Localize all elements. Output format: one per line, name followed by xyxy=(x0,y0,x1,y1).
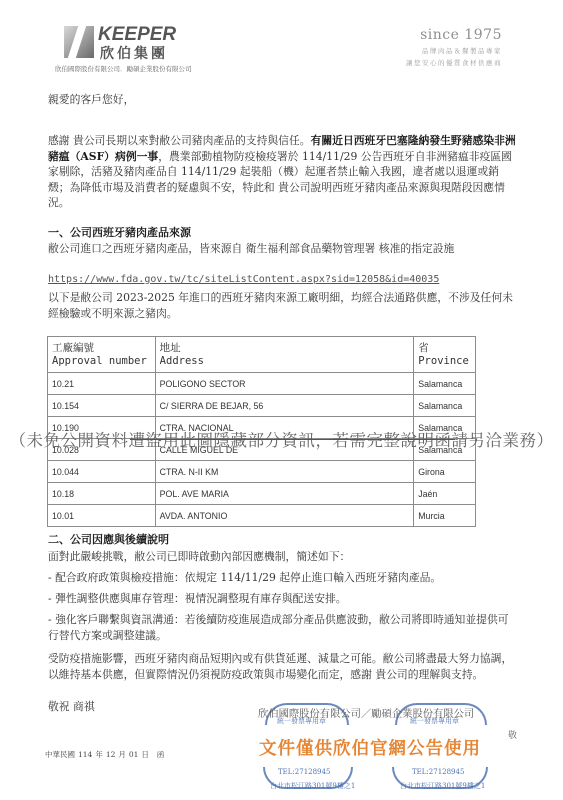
redaction-watermark: （未免公開資料遭盜用此圖隱藏部分資訊，若需完整說明函請另洽業務） xyxy=(0,427,563,451)
table-row: 10.01AVDA. ANTONIOMurcia xyxy=(48,505,476,527)
fda-link[interactable]: https://www.fda.gov.tw/tc/siteListConten… xyxy=(48,274,439,285)
cell-province: Salamanca xyxy=(414,395,476,417)
logo-chinese-name: 欣伯集團 xyxy=(100,43,168,63)
cell-address: AVDA. ANTONIO xyxy=(155,505,414,527)
cell-address: CTRA. N-II KM xyxy=(155,461,414,483)
cell-approval: 10.154 xyxy=(48,395,156,417)
cell-approval: 10.21 xyxy=(48,373,156,395)
cell-province: Jaén xyxy=(414,483,476,505)
cell-approval: 10.01 xyxy=(48,505,156,527)
section-1-source: 敝公司進口之西班牙豬肉產品，皆來源自 衛生福利部食品藥物管理署 核准的指定設施 xyxy=(48,241,518,257)
stamp-address: 台北市松江路301號9樓之1 xyxy=(400,781,485,791)
letter-date: 中華民國114年12月01日 函 xyxy=(45,749,167,760)
greeting: 親愛的客戶您好， xyxy=(48,92,134,108)
since-year: since 1975 xyxy=(406,27,502,43)
logo-subtitle: 欣伯國際股份有限公司．勵碩企業股份有限公司 xyxy=(55,64,192,73)
cell-address: POLIGONO SECTOR xyxy=(155,373,414,395)
cell-province: Salamanca xyxy=(414,373,476,395)
tagline-line-2: 讓您安心的優質食材供應商 xyxy=(406,58,502,67)
stamp-phone: TEL:27128945 xyxy=(278,768,330,776)
signature-companies: 欣伯國際股份有限公司／勵碩企業股份有限公司 xyxy=(258,705,474,720)
section-1-heading: 一、公司西班牙豬肉產品來源 xyxy=(48,224,191,240)
tagline-line-1: 品牌肉品＆餐製品專家 xyxy=(406,46,502,55)
header-approval: 工廠編號Approval number xyxy=(48,337,156,373)
closing-paragraph: 受防疫措施影響，西班牙豬肉商品短期內或有供貨延遲、減量之可能。敝公司將盡最大努力… xyxy=(48,651,518,682)
keeper-logo-icon xyxy=(64,26,94,58)
intro-thanks: 感謝 貴公司長期以來對敝公司豬肉產品的支持與信任。 xyxy=(48,134,311,147)
regards: 敬祝 商祺 xyxy=(48,699,95,715)
table-row: 10.21POLIGONO SECTORSalamanca xyxy=(48,373,476,395)
bullet-item: - 配合政府政策與檢疫措施：依規定 114/11/29 起停止進口輸入西班牙豬肉… xyxy=(48,570,518,586)
company-logo: KEEPER 欣伯集團 欣伯國際股份有限公司．勵碩企業股份有限公司 xyxy=(40,22,200,72)
intro-paragraph: 感謝 貴公司長期以來對敝公司豬肉產品的支持與信任。有關近日西班牙巴塞隆納發生野豬… xyxy=(48,133,518,211)
section-2-intro: 面對此嚴峻挑戰，敝公司已即時啟動內部因應機制，簡述如下： xyxy=(48,549,350,565)
header-address: 地址Address xyxy=(155,337,414,373)
table-row: 10.18POL. AVE MARIAJaén xyxy=(48,483,476,505)
bullet-item: - 強化客戶聯繫與資訊溝通：若後續防疫進展造成部分產品供應波動，敝公司將即時通知… xyxy=(48,612,518,643)
cell-approval: 10.044 xyxy=(48,461,156,483)
cell-approval: 10.18 xyxy=(48,483,156,505)
bullet-item: - 彈性調整供應與庫存管理：視情況調整現有庫存與配送安排。 xyxy=(48,591,518,607)
cell-province: Girona xyxy=(414,461,476,483)
signature-tail: 敬 xyxy=(508,728,517,741)
cell-address: POL. AVE MARIA xyxy=(155,483,414,505)
stamp-phone: TEL:27128945 xyxy=(412,768,464,776)
table-row: 10.154C/ SIERRA DE BEJAR, 56Salamanca xyxy=(48,395,476,417)
table-row: 10.044CTRA. N-II KMGirona xyxy=(48,461,476,483)
strike-line xyxy=(130,439,455,440)
section-2-heading: 二、公司因應與後續說明 xyxy=(48,531,169,547)
header-province: 省Province xyxy=(414,337,476,373)
stamp-address: 台北市松江路301號9樓之1 xyxy=(270,781,355,791)
table-header-row: 工廠編號Approval number 地址Address 省Province xyxy=(48,337,476,373)
usage-watermark: 文件僅供欣伯官網公告使用 xyxy=(259,735,481,760)
brand-tagline: since 1975 品牌肉品＆餐製品專家 讓您安心的優質食材供應商 xyxy=(406,27,502,67)
cell-address: C/ SIERRA DE BEJAR, 56 xyxy=(155,395,414,417)
cell-province: Murcia xyxy=(414,505,476,527)
section-1-intro: 以下是敝公司 2023-2025 年進口的西班牙豬肉來源工廠明細，均經合法通路供… xyxy=(48,290,518,321)
